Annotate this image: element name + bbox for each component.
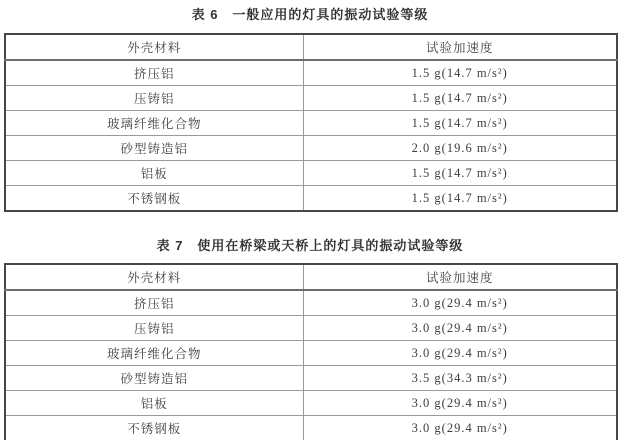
table-row: 挤压铝 1.5 g(14.7 m/s²) [5, 60, 617, 86]
table7-header-acceleration: 试验加速度 [303, 264, 617, 290]
table7-title: 表 7 使用在桥梁或天桥上的灯具的振动试验等级 [4, 236, 616, 256]
acceleration-cell: 1.5 g(14.7 m/s²) [303, 86, 617, 111]
table7-header-row: 外壳材料 试验加速度 [5, 264, 617, 290]
material-cell: 玻璃纤维化合物 [5, 111, 303, 136]
acceleration-cell: 3.0 g(29.4 m/s²) [303, 416, 617, 440]
table-row: 砂型铸造铝 3.5 g(34.3 m/s²) [5, 366, 617, 391]
table-row: 压铸铝 3.0 g(29.4 m/s²) [5, 316, 617, 341]
table7: 外壳材料 试验加速度 挤压铝 3.0 g(29.4 m/s²) 压铸铝 3.0 … [4, 263, 618, 440]
table-row: 压铸铝 1.5 g(14.7 m/s²) [5, 86, 617, 111]
table6-header-material: 外壳材料 [5, 34, 303, 60]
material-cell: 铝板 [5, 391, 303, 416]
material-cell: 压铸铝 [5, 86, 303, 111]
table-row: 玻璃纤维化合物 1.5 g(14.7 m/s²) [5, 111, 617, 136]
acceleration-cell: 1.5 g(14.7 m/s²) [303, 111, 617, 136]
acceleration-cell: 3.0 g(29.4 m/s²) [303, 341, 617, 366]
acceleration-cell: 3.5 g(34.3 m/s²) [303, 366, 617, 391]
acceleration-cell: 3.0 g(29.4 m/s²) [303, 391, 617, 416]
table6: 外壳材料 试验加速度 挤压铝 1.5 g(14.7 m/s²) 压铸铝 1.5 … [4, 33, 618, 212]
table-row: 砂型铸造铝 2.0 g(19.6 m/s²) [5, 136, 617, 161]
material-cell: 挤压铝 [5, 60, 303, 86]
table-row: 挤压铝 3.0 g(29.4 m/s²) [5, 290, 617, 316]
table-row: 不锈钢板 3.0 g(29.4 m/s²) [5, 416, 617, 440]
table7-header-material: 外壳材料 [5, 264, 303, 290]
acceleration-cell: 3.0 g(29.4 m/s²) [303, 316, 617, 341]
table-row: 玻璃纤维化合物 3.0 g(29.4 m/s²) [5, 341, 617, 366]
material-cell: 砂型铸造铝 [5, 136, 303, 161]
material-cell: 挤压铝 [5, 290, 303, 316]
table6-title: 表 6 一般应用的灯具的振动试验等级 [4, 5, 616, 25]
acceleration-cell: 2.0 g(19.6 m/s²) [303, 136, 617, 161]
material-cell: 压铸铝 [5, 316, 303, 341]
material-cell: 不锈钢板 [5, 416, 303, 440]
document-page: 表 6 一般应用的灯具的振动试验等级 外壳材料 试验加速度 挤压铝 1.5 g(… [0, 0, 620, 440]
material-cell: 砂型铸造铝 [5, 366, 303, 391]
material-cell: 铝板 [5, 161, 303, 186]
acceleration-cell: 1.5 g(14.7 m/s²) [303, 60, 617, 86]
acceleration-cell: 3.0 g(29.4 m/s²) [303, 290, 617, 316]
table-row: 铝板 1.5 g(14.7 m/s²) [5, 161, 617, 186]
table-row: 不锈钢板 1.5 g(14.7 m/s²) [5, 186, 617, 212]
acceleration-cell: 1.5 g(14.7 m/s²) [303, 161, 617, 186]
table-row: 铝板 3.0 g(29.4 m/s²) [5, 391, 617, 416]
table6-header-row: 外壳材料 试验加速度 [5, 34, 617, 60]
acceleration-cell: 1.5 g(14.7 m/s²) [303, 186, 617, 212]
material-cell: 玻璃纤维化合物 [5, 341, 303, 366]
table6-header-acceleration: 试验加速度 [303, 34, 617, 60]
material-cell: 不锈钢板 [5, 186, 303, 212]
